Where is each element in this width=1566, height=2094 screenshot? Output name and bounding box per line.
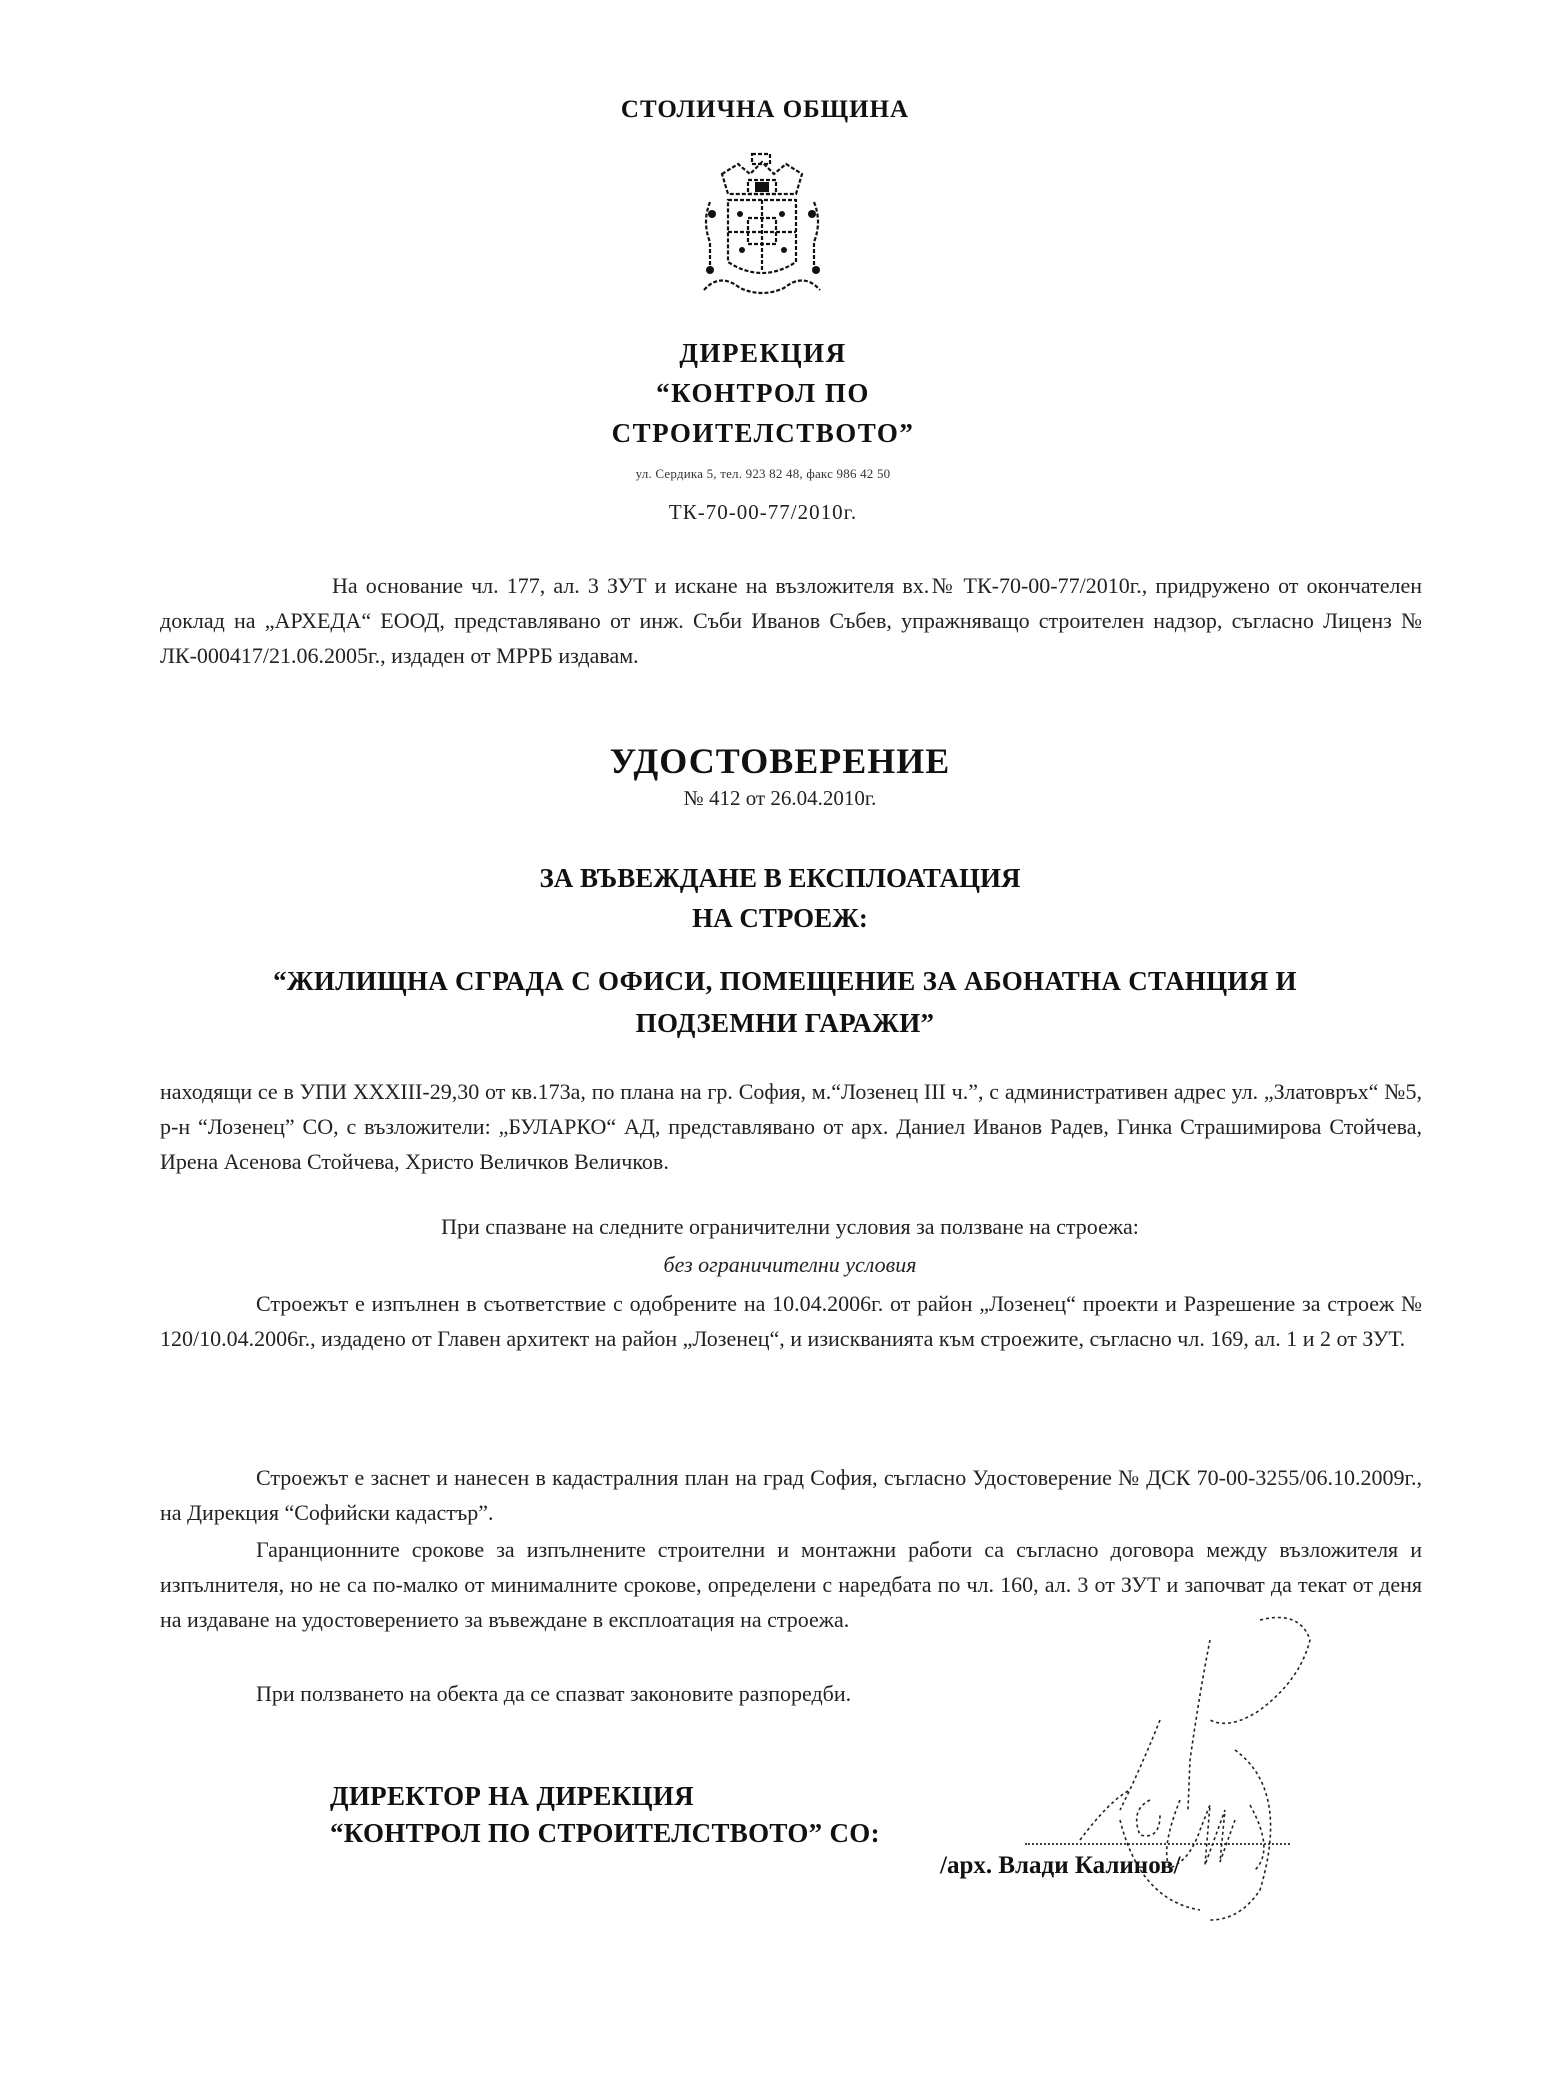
location-paragraph: находящи се в УПИ XXXIII-29,30 от кв.173… bbox=[160, 1074, 1422, 1179]
object-line-1: “ЖИЛИЩНА СГРАДА С ОФИСИ, ПОМЕЩЕНИЕ ЗА АБ… bbox=[150, 960, 1420, 1002]
object-name: “ЖИЛИЩНА СГРАДА С ОФИСИ, ПОМЕЩЕНИЕ ЗА АБ… bbox=[150, 960, 1420, 1044]
object-line-2: ПОДЗЕМНИ ГАРАЖИ” bbox=[150, 1002, 1420, 1044]
intro-text: На основание чл. 177, ал. 3 ЗУТ и искане… bbox=[160, 568, 1422, 673]
location-text: находящи се в УПИ XXXIII-29,30 от кв.173… bbox=[160, 1074, 1422, 1179]
directorate-address: ул. Сердика 5, тел. 923 82 48, факс 986 … bbox=[0, 466, 1526, 482]
compliance-paragraph: Строежът е изпълнен в съответствие с одо… bbox=[160, 1286, 1422, 1356]
director-line-2: “КОНТРОЛ ПО СТРОИТЕЛСТВОТО” СО: bbox=[330, 1815, 880, 1852]
directorate-line-1: ДИРЕКЦИЯ bbox=[0, 338, 1526, 369]
compliance-text: Строежът е изпълнен в съответствие с одо… bbox=[160, 1286, 1422, 1356]
registration-number: ТК-70-00-77/2010г. bbox=[0, 500, 1526, 525]
municipality-title: СТОЛИЧНА ОБЩИНА bbox=[0, 96, 1530, 124]
handwritten-signature-icon bbox=[1060, 1600, 1330, 1930]
conditions-value: без ограничителни условия bbox=[0, 1252, 1566, 1278]
sofia-coat-of-arms-icon bbox=[700, 152, 825, 302]
intro-paragraph: На основание чл. 177, ал. 3 ЗУТ и искане… bbox=[160, 568, 1422, 673]
purpose-line-2: НА СТРОЕЖ: bbox=[0, 898, 1560, 938]
conditions-label: При спазване на следните ограничителни у… bbox=[0, 1214, 1566, 1240]
purpose-line-1: ЗА ВЪВЕЖДАНЕ В ЕКСПЛОАТАЦИЯ bbox=[0, 858, 1560, 898]
certificate-title: УДОСТОВЕРЕНИЕ bbox=[0, 740, 1560, 782]
directorate-line-2: “КОНТРОЛ ПО bbox=[0, 378, 1526, 409]
director-title: ДИРЕКТОР НА ДИРЕКЦИЯ “КОНТРОЛ ПО СТРОИТЕ… bbox=[330, 1778, 880, 1852]
certificate-number: № 412 от 26.04.2010г. bbox=[0, 786, 1560, 811]
cadastre-paragraph: Строежът е заснет и нанесен в кадастралн… bbox=[160, 1460, 1422, 1530]
director-line-1: ДИРЕКТОР НА ДИРЕКЦИЯ bbox=[330, 1778, 880, 1815]
directorate-line-3: СТРОИТЕЛСТВОТО” bbox=[0, 418, 1526, 449]
cadastre-text: Строежът е заснет и нанесен в кадастралн… bbox=[160, 1460, 1422, 1530]
